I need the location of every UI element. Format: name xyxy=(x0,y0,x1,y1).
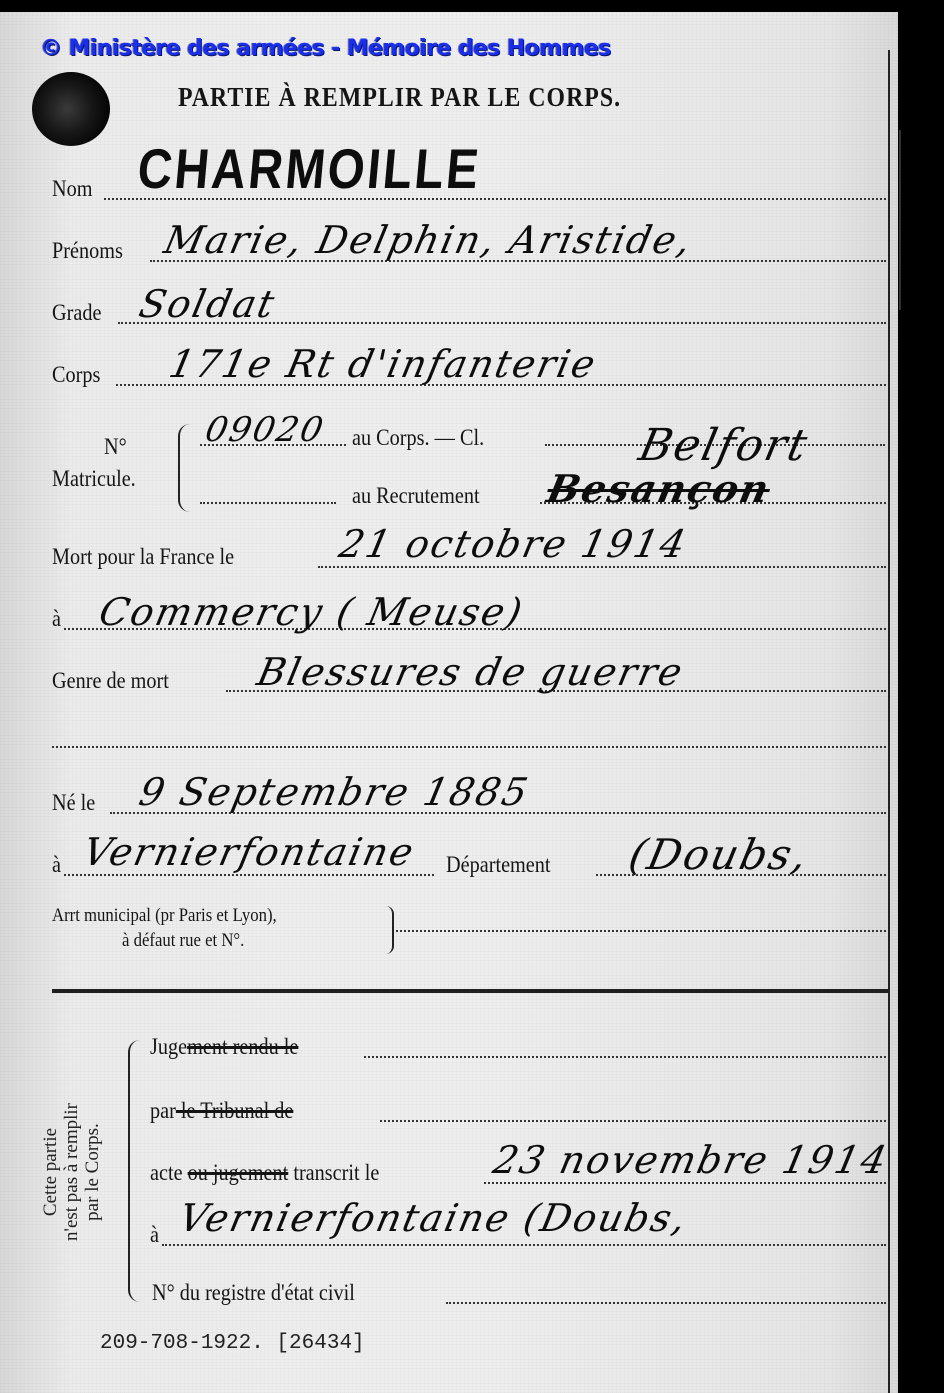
transcrit-a-dotted-line xyxy=(162,1244,886,1246)
nom-value: CHARMOILLE xyxy=(135,136,484,201)
au-corps-label: au Corps. — Cl. xyxy=(352,425,484,451)
corps-label: Corps xyxy=(52,362,100,388)
au-recrutement-label: au Recrutement xyxy=(352,483,480,509)
acte-label-plain: acte xyxy=(150,1160,188,1185)
jugement-rendu-label: Jugement rendu le xyxy=(150,1034,298,1060)
recrutement-number-dotted-line xyxy=(200,502,336,504)
matricule-brace xyxy=(178,424,190,512)
transcrit-a-value: Vernierfontaine (Doubs, xyxy=(175,1196,691,1240)
prenoms-label: Prénoms xyxy=(52,238,123,264)
ne-a-dotted-line xyxy=(64,874,434,876)
recrutement-value: Belfort xyxy=(635,420,814,471)
jugement-label-struck: ment rendu le xyxy=(187,1034,298,1059)
nom-label: Nom xyxy=(52,176,92,202)
jugement-label-plain: Juge xyxy=(150,1034,187,1059)
ink-seal-stamp xyxy=(32,72,110,146)
transcrit-label-plain: transcrit le xyxy=(288,1160,379,1185)
departement-value: (Doubs, xyxy=(625,830,814,879)
prenoms-value: Marie, Delphin, Aristide, xyxy=(160,218,696,262)
side-note-line2: n'est pas à remplir xyxy=(61,1062,82,1282)
ne-a-value: Vernierfontaine xyxy=(79,830,419,874)
jugement-dotted-line xyxy=(364,1056,886,1058)
arrondissement-label-line1: Arrt municipal (pr Paris et Lyon), xyxy=(52,905,277,927)
arrondissement-dotted-line xyxy=(396,930,886,932)
section-divider xyxy=(52,989,888,993)
page-edge-line xyxy=(899,130,901,310)
print-reference: 209-708-1922. [26434] xyxy=(100,1332,365,1355)
mort-a-label: à xyxy=(52,606,61,632)
registre-dotted-line xyxy=(446,1302,886,1304)
copyright-watermark: © Ministère des armées - Mémoire des Hom… xyxy=(40,36,611,61)
acte-label-struck: ou jugement xyxy=(188,1160,289,1185)
side-note-rotated: Cette partie n'est pas à remplir par le … xyxy=(40,1062,103,1282)
genre-de-mort-value: Blessures de guerre xyxy=(253,650,688,694)
transcrit-a-label: à xyxy=(150,1222,159,1248)
tribunal-label-plain: par xyxy=(150,1098,176,1123)
matricule-corps-value: 09020 xyxy=(202,410,329,450)
ne-le-value: 9 Septembre 1885 xyxy=(135,770,533,814)
ne-a-label: à xyxy=(52,852,61,878)
tribunal-label: par le Tribunal de xyxy=(150,1098,293,1124)
mort-a-value: Commercy ( Meuse) xyxy=(95,590,527,634)
grade-value: Soldat xyxy=(135,282,280,326)
form-title: PARTIE À REMPLIR PAR LE CORPS. xyxy=(178,82,621,113)
ne-le-label: Né le xyxy=(52,790,95,816)
genre-de-mort-label: Genre de mort xyxy=(52,668,169,694)
registre-label: N° du registre d'état civil xyxy=(152,1280,355,1306)
mort-le-dotted-line xyxy=(318,566,886,568)
arrondissement-label-line2: à défaut rue et N°. xyxy=(122,930,244,952)
acte-transcrit-value: 23 novembre 1914 xyxy=(489,1138,892,1182)
recrutement-struck-value: Besançon xyxy=(543,466,775,511)
mort-le-label: Mort pour la France le xyxy=(52,544,234,570)
tribunal-dotted-line xyxy=(380,1120,886,1122)
matricule-label: Matricule. xyxy=(52,466,136,492)
departement-label: Département xyxy=(446,852,551,878)
page-edge-line xyxy=(888,50,890,1393)
matricule-no-label: N° xyxy=(104,434,127,460)
acte-transcrit-label: acte ou jugement transcrit le xyxy=(150,1160,379,1186)
acte-dotted-line xyxy=(484,1182,886,1184)
corps-value: 171e Rt d'infanterie xyxy=(165,342,601,386)
side-note-line3: par le Corps. xyxy=(82,1062,103,1282)
tribunal-label-struck: le Tribunal de xyxy=(176,1098,294,1123)
side-note-line1: Cette partie xyxy=(40,1062,61,1282)
arrondissement-brace xyxy=(386,906,394,954)
grade-label: Grade xyxy=(52,300,101,326)
extra-dotted-line xyxy=(52,746,886,748)
mort-le-value: 21 octobre 1914 xyxy=(335,522,691,566)
side-note-brace xyxy=(128,1040,140,1302)
